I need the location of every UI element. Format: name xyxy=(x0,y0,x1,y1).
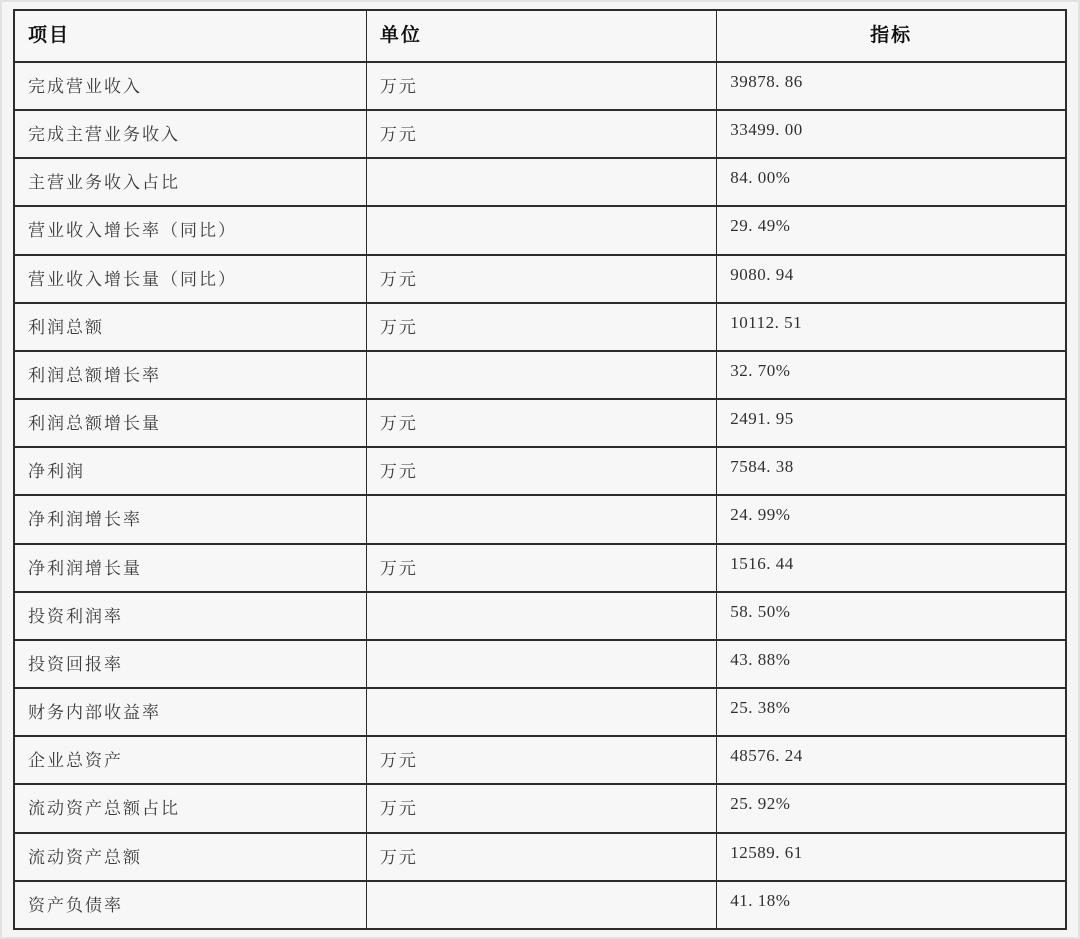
table-row: 营业收入增长率（同比）29. 49% xyxy=(14,206,1066,254)
unit-cell: 万元 xyxy=(366,833,716,881)
unit-cell: 万元 xyxy=(366,62,716,110)
unit-cell xyxy=(366,351,716,399)
item-cell: 利润总额 xyxy=(14,303,366,351)
table-row: 企业总资产万元48576. 24 xyxy=(14,736,1066,784)
value-cell: 43. 88% xyxy=(717,640,1066,688)
item-cell: 完成主营业务收入 xyxy=(14,110,366,158)
value-cell: 58. 50% xyxy=(717,592,1066,640)
value-cell: 10112. 51 xyxy=(717,303,1066,351)
table-body: 完成营业收入万元39878. 86完成主营业务收入万元33499. 00主营业务… xyxy=(14,62,1066,929)
item-cell: 营业收入增长率（同比） xyxy=(14,206,366,254)
table-row: 净利润增长率24. 99% xyxy=(14,495,1066,543)
value-cell: 25. 92% xyxy=(717,784,1066,832)
item-cell: 营业收入增长量（同比） xyxy=(14,255,366,303)
unit-cell xyxy=(366,206,716,254)
table-row: 利润总额增长量万元2491. 95 xyxy=(14,399,1066,447)
unit-cell xyxy=(366,495,716,543)
column-header-unit: 单位 xyxy=(366,10,716,62)
column-header-item: 项目 xyxy=(14,10,366,62)
table-row: 营业收入增长量（同比）万元9080. 94 xyxy=(14,255,1066,303)
item-cell: 利润总额增长量 xyxy=(14,399,366,447)
item-cell: 主营业务收入占比 xyxy=(14,158,366,206)
table-row: 流动资产总额万元12589. 61 xyxy=(14,833,1066,881)
table-row: 利润总额增长率32. 70% xyxy=(14,351,1066,399)
unit-cell xyxy=(366,640,716,688)
value-cell: 25. 38% xyxy=(717,688,1066,736)
item-cell: 企业总资产 xyxy=(14,736,366,784)
item-cell: 流动资产总额占比 xyxy=(14,784,366,832)
table-header-row: 项目 单位 指标 xyxy=(14,10,1066,62)
item-cell: 净利润增长量 xyxy=(14,544,366,592)
item-cell: 投资利润率 xyxy=(14,592,366,640)
item-cell: 利润总额增长率 xyxy=(14,351,366,399)
item-cell: 投资回报率 xyxy=(14,640,366,688)
item-cell: 流动资产总额 xyxy=(14,833,366,881)
unit-cell: 万元 xyxy=(366,255,716,303)
unit-cell: 万元 xyxy=(366,544,716,592)
table-row: 利润总额万元10112. 51 xyxy=(14,303,1066,351)
value-cell: 2491. 95 xyxy=(717,399,1066,447)
value-cell: 12589. 61 xyxy=(717,833,1066,881)
value-cell: 7584. 38 xyxy=(717,447,1066,495)
value-cell: 1516. 44 xyxy=(717,544,1066,592)
unit-cell xyxy=(366,158,716,206)
table-row: 投资利润率58. 50% xyxy=(14,592,1066,640)
value-cell: 33499. 00 xyxy=(717,110,1066,158)
table-row: 完成主营业务收入万元33499. 00 xyxy=(14,110,1066,158)
unit-cell: 万元 xyxy=(366,736,716,784)
financial-indicators-table: 项目 单位 指标 完成营业收入万元39878. 86完成主营业务收入万元3349… xyxy=(13,9,1067,930)
item-cell: 完成营业收入 xyxy=(14,62,366,110)
table-row: 财务内部收益率25. 38% xyxy=(14,688,1066,736)
unit-cell xyxy=(366,881,716,929)
value-cell: 39878. 86 xyxy=(717,62,1066,110)
table-row: 净利润增长量万元1516. 44 xyxy=(14,544,1066,592)
unit-cell xyxy=(366,688,716,736)
unit-cell: 万元 xyxy=(366,399,716,447)
item-cell: 净利润 xyxy=(14,447,366,495)
unit-cell: 万元 xyxy=(366,110,716,158)
value-cell: 41. 18% xyxy=(717,881,1066,929)
table-row: 投资回报率43. 88% xyxy=(14,640,1066,688)
column-header-indicator: 指标 xyxy=(717,10,1066,62)
page: 项目 单位 指标 完成营业收入万元39878. 86完成主营业务收入万元3349… xyxy=(0,0,1080,939)
item-cell: 净利润增长率 xyxy=(14,495,366,543)
item-cell: 资产负债率 xyxy=(14,881,366,929)
table-row: 主营业务收入占比84. 00% xyxy=(14,158,1066,206)
unit-cell: 万元 xyxy=(366,303,716,351)
item-cell: 财务内部收益率 xyxy=(14,688,366,736)
table-row: 流动资产总额占比万元25. 92% xyxy=(14,784,1066,832)
table-row: 完成营业收入万元39878. 86 xyxy=(14,62,1066,110)
value-cell: 24. 99% xyxy=(717,495,1066,543)
value-cell: 84. 00% xyxy=(717,158,1066,206)
table-row: 净利润万元7584. 38 xyxy=(14,447,1066,495)
table-row: 资产负债率41. 18% xyxy=(14,881,1066,929)
unit-cell: 万元 xyxy=(366,447,716,495)
value-cell: 9080. 94 xyxy=(717,255,1066,303)
value-cell: 32. 70% xyxy=(717,351,1066,399)
unit-cell xyxy=(366,592,716,640)
value-cell: 48576. 24 xyxy=(717,736,1066,784)
value-cell: 29. 49% xyxy=(717,206,1066,254)
unit-cell: 万元 xyxy=(366,784,716,832)
